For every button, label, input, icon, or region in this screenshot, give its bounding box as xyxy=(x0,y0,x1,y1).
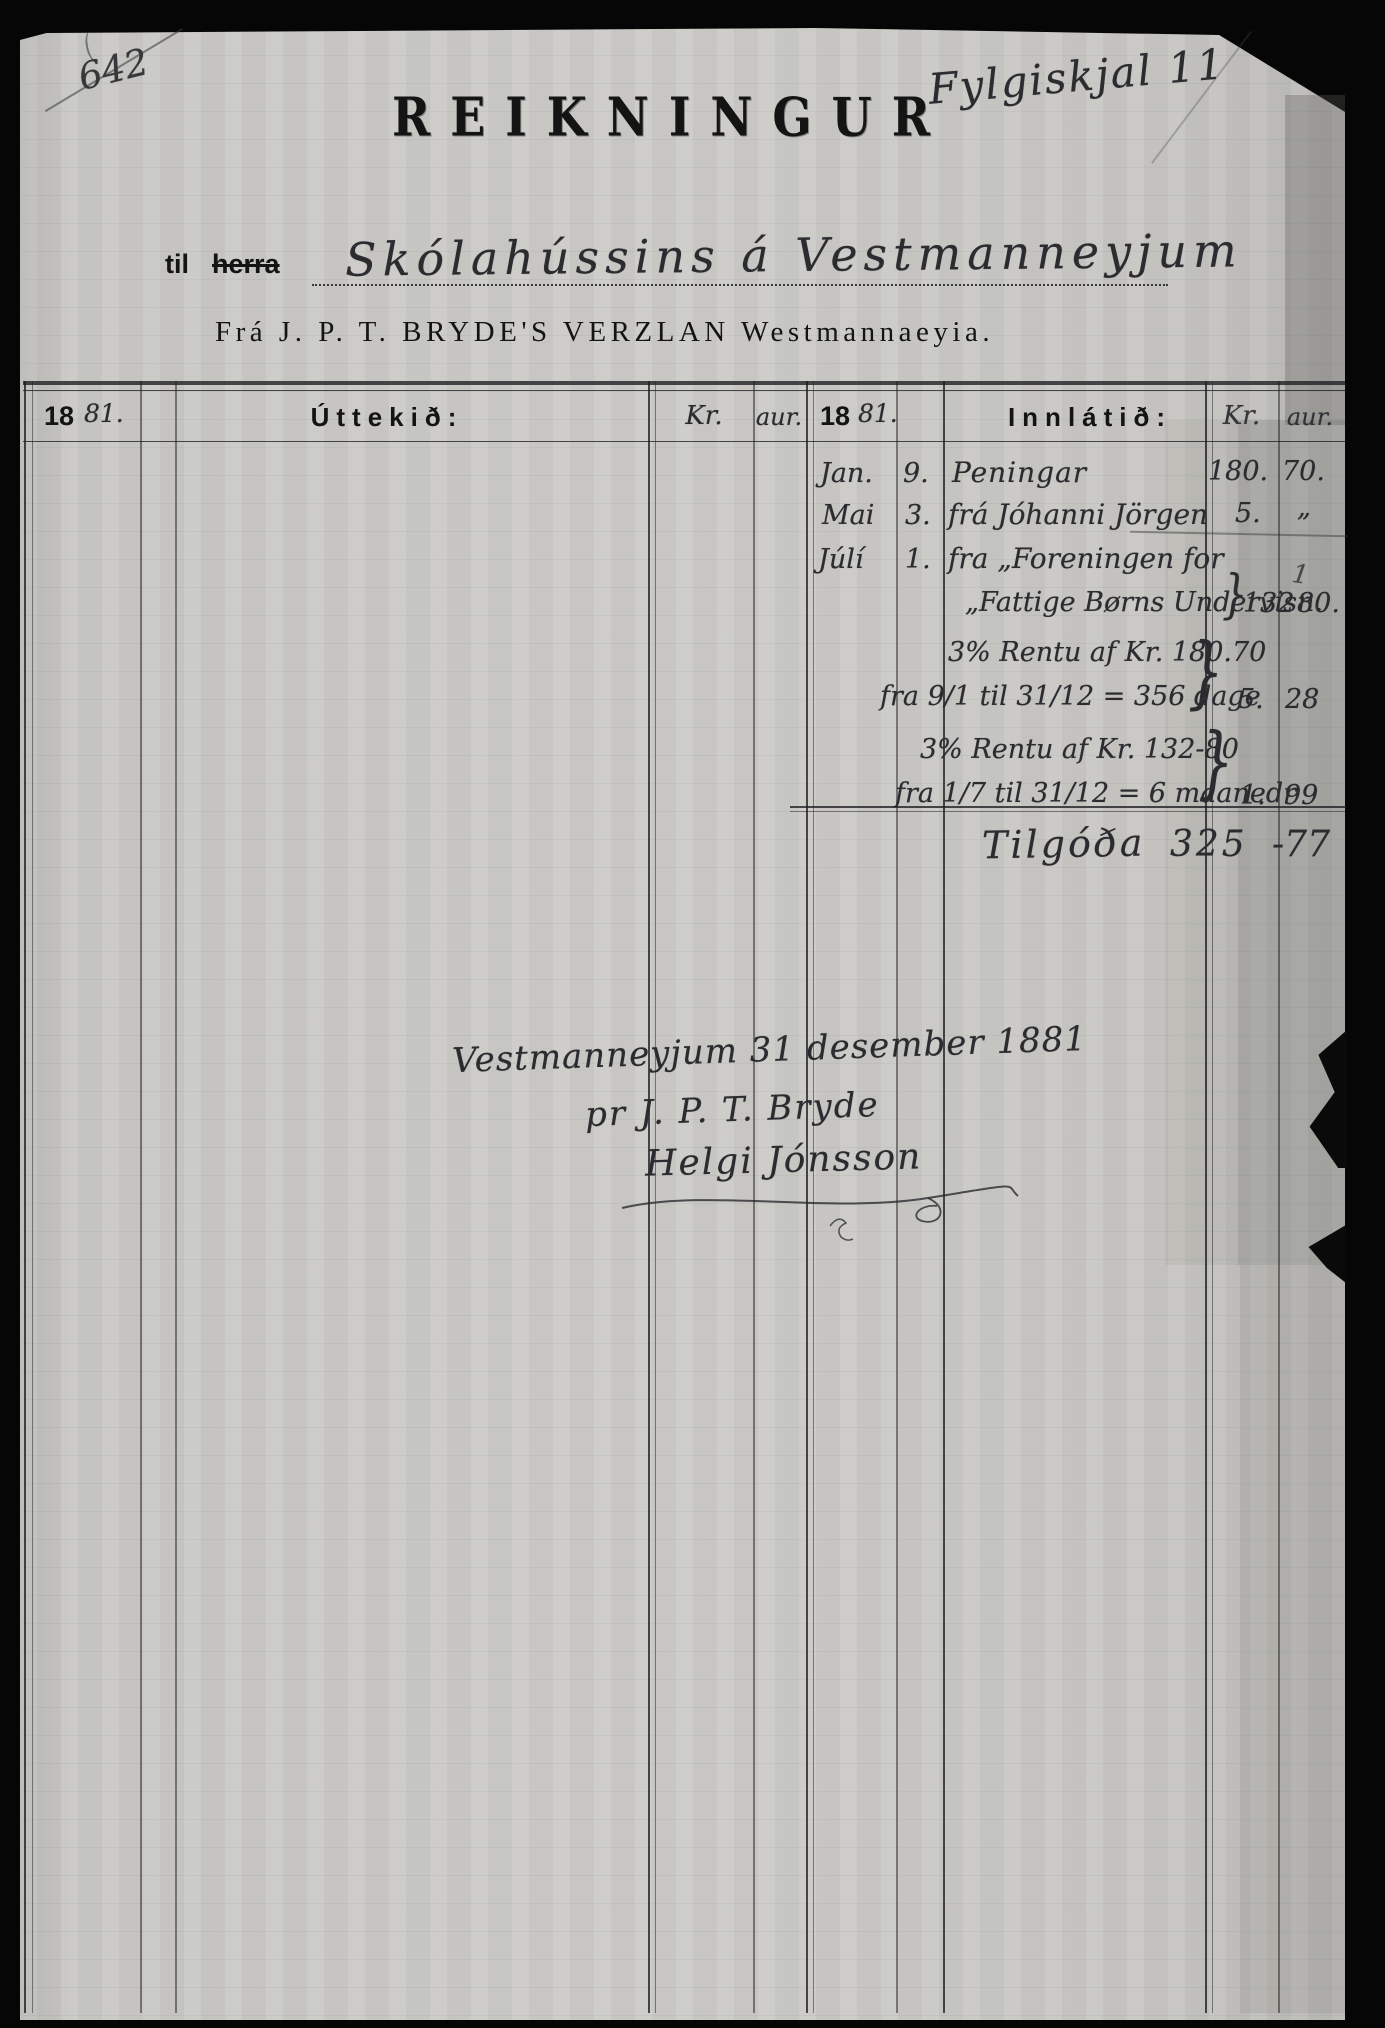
brace-flourish: } xyxy=(1188,627,1224,718)
entry-text: frá Jóhanni Jörgen xyxy=(948,498,1208,531)
year-printed-left: 18 xyxy=(44,401,74,432)
table-vline xyxy=(1205,381,1207,2013)
table-vline xyxy=(32,381,33,2013)
entry-kr: 180. xyxy=(1208,456,1268,487)
entry-text: fra „Foreningen for xyxy=(948,542,1224,575)
entry-text: Peningar xyxy=(952,456,1087,489)
entry-aur: „ xyxy=(1297,492,1311,523)
table-vline xyxy=(1212,381,1213,2013)
total-rule-thin xyxy=(790,811,1346,812)
entry-day: 1. xyxy=(905,544,931,575)
stain-overlay xyxy=(1285,95,1345,425)
entry-text: 3% Rentu af Kr. 132-80 xyxy=(920,734,1239,765)
merchant-line: Frá J. P. T. BRYDE'S VERZLAN Westmannaey… xyxy=(215,316,994,349)
entry-day: 9. xyxy=(903,458,929,489)
entry-day: 3. xyxy=(905,500,931,531)
column-header-aur-left: aur. xyxy=(750,403,808,431)
total-aur: -77 xyxy=(1272,824,1330,865)
table-vline xyxy=(175,381,177,2013)
header-bottom-rule xyxy=(23,441,1345,442)
table-top-rule-thin xyxy=(23,390,1345,391)
column-header-kr-right: Kr. xyxy=(1205,401,1278,431)
entry-aur: 80. xyxy=(1297,588,1340,619)
year-written-right: 81. xyxy=(858,399,898,428)
table-top-rule xyxy=(23,381,1345,385)
column-header-innlatid: Innlátið: xyxy=(960,402,1220,433)
entry-aur: 28 xyxy=(1285,684,1319,715)
table-vline xyxy=(24,381,26,2013)
column-header-aur-right: aur. xyxy=(1278,403,1342,431)
total-rule xyxy=(790,806,1346,808)
total-kr: 325 xyxy=(1170,824,1248,865)
signature-flourish xyxy=(618,1168,1028,1248)
entry-kr: 132 xyxy=(1243,588,1295,619)
recipient-name: Skólahússins á Vestmanneyjum xyxy=(345,223,1243,286)
column-header-kr-left: Kr. xyxy=(655,401,753,431)
entry-month: Jan. xyxy=(820,458,873,489)
entry-text: fra 1/7 til 31/12 = 6 maanedr xyxy=(895,778,1296,809)
total-label: Tilgóða xyxy=(982,821,1146,868)
to-prefix-label: til xyxy=(165,249,189,280)
table-vline xyxy=(1278,381,1280,2013)
entry-kr: 5. xyxy=(1235,498,1261,529)
scanned-ledger-page: 642 REIKNINGUR Fylgiskjal 11 til herra S… xyxy=(0,0,1385,2028)
entry-aur: 70. xyxy=(1282,456,1325,487)
to-struck-label: herra xyxy=(212,249,280,280)
year-written-left: 81. xyxy=(84,399,124,428)
stain-overlay xyxy=(1240,1265,1345,2013)
table-vline xyxy=(140,381,142,2013)
page-title: REIKNINGUR xyxy=(392,86,950,148)
year-printed-right: 18 xyxy=(820,401,850,432)
entry-kr: 5. xyxy=(1238,684,1264,715)
column-header-uttekid: Úttekið: xyxy=(172,402,602,433)
entry-month: Júlí xyxy=(818,544,863,575)
entry-month: Mai xyxy=(822,500,874,531)
